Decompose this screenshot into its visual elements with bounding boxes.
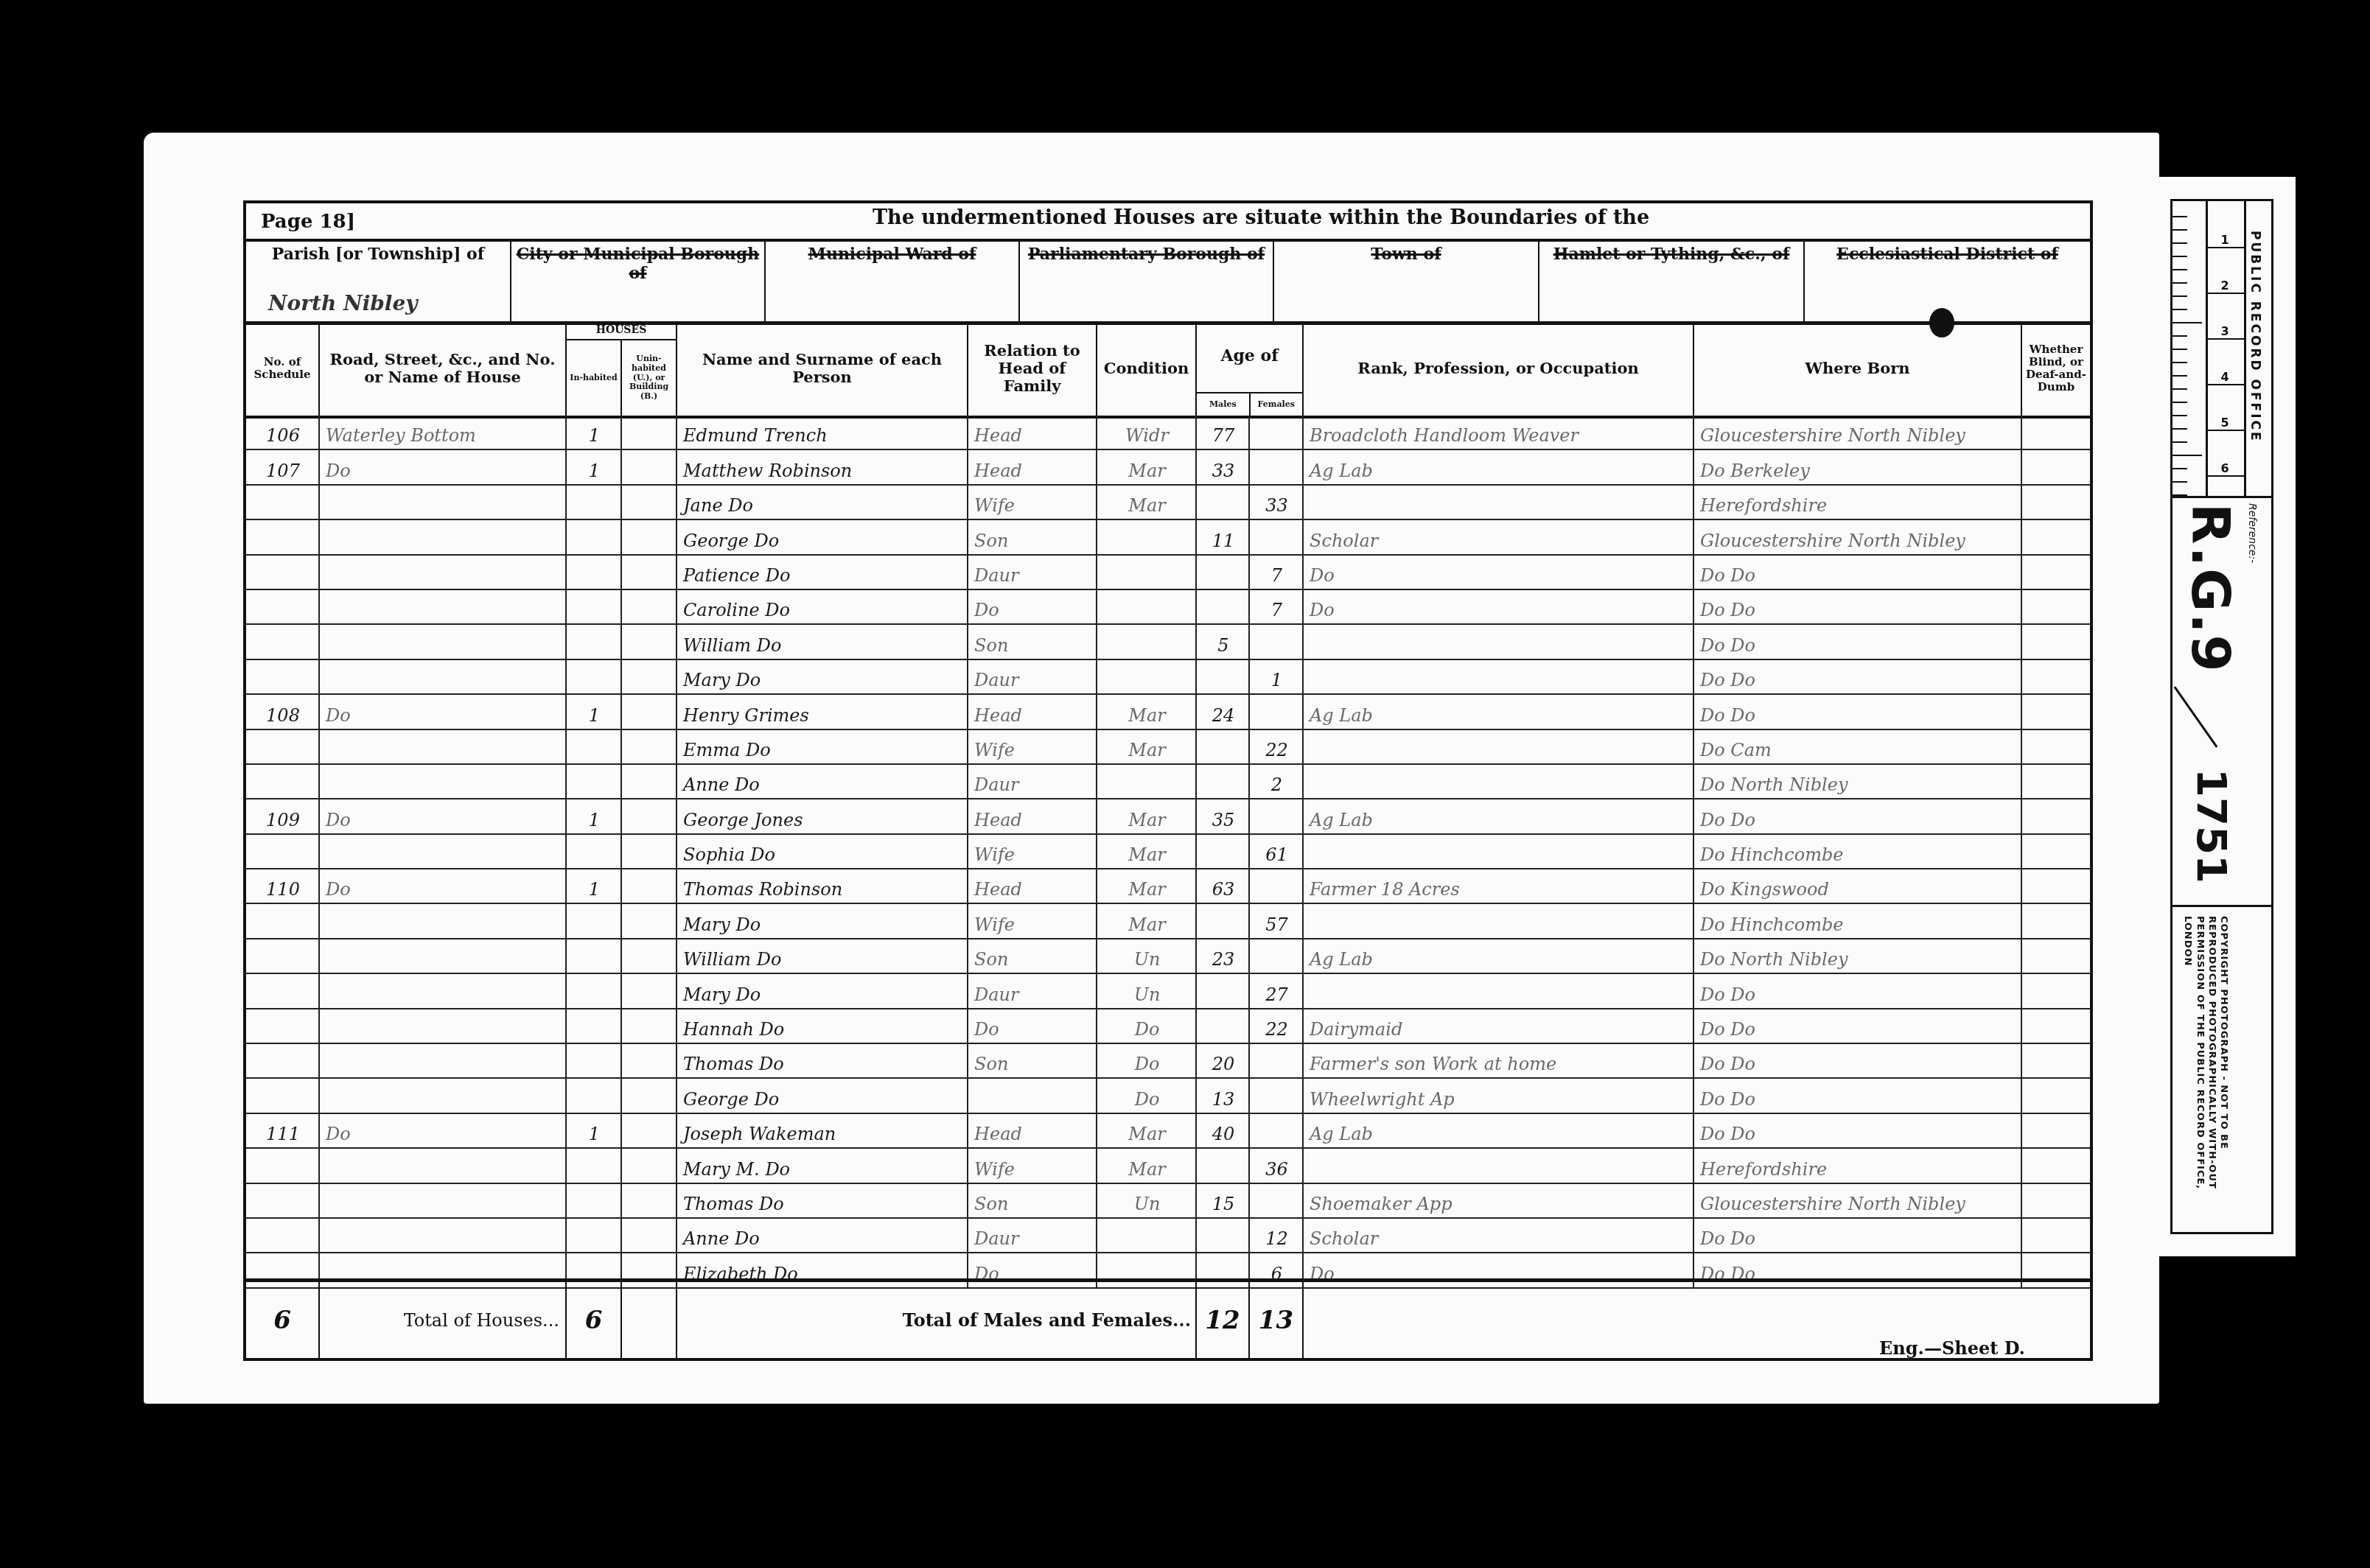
- where-born-cell: Gloucestershire North Nibley: [1694, 520, 2022, 553]
- header-condition: Condition: [1097, 321, 1197, 416]
- total-persons-label-text: Total of Males and Females...: [903, 1309, 1191, 1331]
- ruler: 123456 PUBLIC RECORD OFFICE: [2172, 201, 2271, 498]
- inhabited-cell: 1: [567, 869, 622, 903]
- header-males: Males: [1197, 393, 1251, 416]
- where-born-cell: Do Cam: [1694, 730, 2022, 763]
- occupation-cell: Farmer's son Work at home: [1304, 1044, 1694, 1077]
- road-cell: [320, 835, 567, 868]
- column-headers: No. of Schedule Road, Street, &c., and N…: [246, 321, 2090, 419]
- inhabited-cell: [567, 660, 622, 693]
- relation-cell: Daur: [968, 1219, 1097, 1252]
- municipal-borough-cell: City or Municipal Borough of: [511, 239, 766, 321]
- inhabited-cell: [567, 1219, 622, 1252]
- road-cell: [320, 765, 567, 798]
- blind-deaf-cell: [2022, 799, 2090, 833]
- male-age-cell: [1197, 556, 1250, 589]
- page-number: Page 18]: [261, 211, 355, 233]
- condition-cell: Mar: [1097, 450, 1197, 483]
- copyright-notice: COPYRIGHT PHOTOGRAPH - NOT TO BE REPRODU…: [2181, 916, 2229, 1232]
- occupation-cell: [1304, 904, 1694, 937]
- road-cell: [320, 660, 567, 693]
- table-row: George DoSon11ScholarGloucestershire Nor…: [246, 520, 2090, 555]
- condition-cell: Mar: [1097, 486, 1197, 519]
- road-cell: [320, 939, 567, 973]
- female-age-cell: [1250, 869, 1304, 903]
- occupation-cell: Dairymaid: [1304, 1009, 1694, 1043]
- uninhabited-cell: [622, 904, 677, 937]
- relation-cell: Head: [968, 1114, 1097, 1147]
- ruler-tick: [2172, 269, 2187, 270]
- table-row: Anne DoDaur2Do North Nibley: [246, 765, 2090, 799]
- male-age-cell: 63: [1197, 869, 1250, 903]
- relation-cell: Son: [968, 1184, 1097, 1217]
- table-row: 106Waterley Bottom1Edmund TrenchHeadWidr…: [246, 416, 2090, 450]
- where-born-cell: Do Do: [1694, 799, 2022, 833]
- male-age-cell: 20: [1197, 1044, 1250, 1077]
- table-row: William DoSonUn23Ag LabDo North Nibley: [246, 939, 2090, 974]
- male-age-cell: [1197, 1009, 1250, 1043]
- male-age-cell: [1197, 590, 1250, 623]
- name-cell: Anne Do: [677, 1219, 968, 1252]
- female-age-cell: [1250, 416, 1304, 449]
- reference-series: R.G.9: [2180, 503, 2242, 673]
- where-born-cell: Herefordshire: [1694, 486, 2022, 519]
- occupation-cell: Broadcloth Handloom Weaver: [1304, 416, 1694, 449]
- occupation-cell: Shoemaker App: [1304, 1184, 1694, 1217]
- reference-piece: 1751: [2187, 769, 2235, 883]
- uninhabited-cell: [622, 556, 677, 589]
- ruler-tick: [2172, 388, 2187, 390]
- male-age-cell: 33: [1197, 450, 1250, 483]
- male-age-cell: 5: [1197, 625, 1250, 658]
- municipal-borough-label: City or Municipal Borough of: [517, 245, 759, 283]
- ruler-tick: [2172, 229, 2187, 231]
- uninhabited-cell: [622, 939, 677, 973]
- ruler-tick: [2172, 295, 2187, 297]
- occupation-cell: Ag Lab: [1304, 450, 1694, 483]
- header-uninhabited: Unin-habited (U.), or Building (B.): [622, 340, 676, 416]
- schedule-cell: [246, 835, 320, 868]
- uninhabited-cell: [622, 1149, 677, 1182]
- occupation-cell: Ag Lab: [1304, 1114, 1694, 1147]
- ink-blot: [1929, 308, 1954, 337]
- ruler-tick: [2172, 242, 2187, 244]
- condition-cell: [1097, 556, 1197, 589]
- blind-deaf-cell: [2022, 1184, 2090, 1217]
- name-cell: Patience Do: [677, 556, 968, 589]
- uninhabited-cell: [622, 450, 677, 483]
- condition-cell: Un: [1097, 1184, 1197, 1217]
- female-age-cell: [1250, 625, 1304, 658]
- ruler-scale: 123456: [2206, 201, 2246, 496]
- where-born-cell: Do Do: [1694, 695, 2022, 728]
- schedule-cell: 108: [246, 695, 320, 728]
- ecclesiastical-district-label: Ecclesiastical District of: [1836, 245, 2058, 264]
- road-cell: Do: [320, 1114, 567, 1147]
- inhabited-cell: [567, 835, 622, 868]
- female-age-cell: [1250, 799, 1304, 833]
- uninhabited-cell: [622, 416, 677, 449]
- reference-slash: [2174, 686, 2218, 748]
- total-houses-label-text: Total of Houses...: [404, 1310, 559, 1331]
- female-age-cell: [1250, 520, 1304, 553]
- uninhabited-cell: [622, 835, 677, 868]
- ruler-number: 2: [2206, 247, 2244, 294]
- uninhabited-cell: [622, 869, 677, 903]
- parliamentary-borough-cell: Parliamentary Borough of: [1020, 239, 1274, 321]
- name-cell: Edmund Trench: [677, 416, 968, 449]
- where-born-cell: Do North Nibley: [1694, 765, 2022, 798]
- female-age-cell: 36: [1250, 1149, 1304, 1182]
- blind-deaf-cell: [2022, 869, 2090, 903]
- blind-deaf-cell: [2022, 556, 2090, 589]
- age-of-label: Age of: [1220, 321, 1278, 392]
- schedule-cell: [246, 974, 320, 1007]
- schedule-cell: [246, 939, 320, 973]
- ruler-tick: [2172, 322, 2202, 323]
- total-schedules-value: 6: [273, 1306, 291, 1335]
- male-age-cell: [1197, 765, 1250, 798]
- uninhabited-cell: [622, 590, 677, 623]
- female-age-cell: 2: [1250, 765, 1304, 798]
- condition-cell: Do: [1097, 1079, 1197, 1112]
- ruler-tick: [2172, 402, 2187, 403]
- ruler-tick: [2172, 349, 2187, 350]
- blind-deaf-cell: [2022, 1114, 2090, 1147]
- occupation-cell: Wheelwright Ap: [1304, 1079, 1694, 1112]
- ruler-tick: [2172, 335, 2187, 337]
- reference-label: Reference:-: [2246, 503, 2258, 563]
- ruler-tick: [2172, 455, 2202, 456]
- schedule-cell: [246, 625, 320, 658]
- schedule-cell: [246, 520, 320, 553]
- occupation-cell: Ag Lab: [1304, 695, 1694, 728]
- occupation-cell: [1304, 835, 1694, 868]
- where-born-cell: Do Do: [1694, 1044, 2022, 1077]
- table-row: 109Do1George JonesHeadMar35Ag LabDo Do: [246, 799, 2090, 834]
- uninhabited-cell: [622, 765, 677, 798]
- relation-cell: Head: [968, 695, 1097, 728]
- table-row: 110Do1Thomas RobinsonHeadMar63Farmer 18 …: [246, 869, 2090, 904]
- road-cell: [320, 486, 567, 519]
- condition-cell: [1097, 590, 1197, 623]
- road-cell: [320, 974, 567, 1007]
- condition-cell: [1097, 1219, 1197, 1252]
- condition-cell: Mar: [1097, 869, 1197, 903]
- name-cell: William Do: [677, 939, 968, 973]
- road-cell: [320, 590, 567, 623]
- uninhabited-cell: [622, 730, 677, 763]
- road-cell: [320, 625, 567, 658]
- female-age-cell: 61: [1250, 835, 1304, 868]
- male-age-cell: [1197, 660, 1250, 693]
- schedule-cell: [246, 1219, 320, 1252]
- occupation-cell: Ag Lab: [1304, 799, 1694, 833]
- table-row: Mary DoDaurUn27Do Do: [246, 974, 2090, 1009]
- table-row: Caroline DoDo7DoDo Do: [246, 590, 2090, 625]
- schedule-cell: [246, 1009, 320, 1043]
- name-cell: Anne Do: [677, 765, 968, 798]
- ruler-tick: [2172, 375, 2187, 377]
- ruler-number: 5: [2206, 384, 2244, 431]
- blind-deaf-cell: [2022, 520, 2090, 553]
- uninhabited-cell: [622, 974, 677, 1007]
- occupation-cell: [1304, 974, 1694, 1007]
- name-cell: Hannah Do: [677, 1009, 968, 1043]
- table-row: 108Do1Henry GrimesHeadMar24Ag LabDo Do: [246, 695, 2090, 729]
- schedule-cell: [246, 1044, 320, 1077]
- inhabited-cell: [567, 486, 622, 519]
- header-relation: Relation to Head of Family: [968, 321, 1097, 416]
- blind-deaf-cell: [2022, 904, 2090, 937]
- total-schedules: 6: [246, 1282, 320, 1358]
- schedule-cell: [246, 904, 320, 937]
- schedule-cell: [246, 590, 320, 623]
- inhabited-cell: [567, 730, 622, 763]
- blind-deaf-cell: [2022, 835, 2090, 868]
- male-age-cell: [1197, 730, 1250, 763]
- occupation-cell: [1304, 660, 1694, 693]
- schedule-cell: [246, 556, 320, 589]
- ruler-number: 1: [2206, 201, 2244, 248]
- condition-cell: Un: [1097, 974, 1197, 1007]
- header-where-born: Where Born: [1694, 321, 2022, 416]
- name-cell: Mary Do: [677, 904, 968, 937]
- name-cell: Caroline Do: [677, 590, 968, 623]
- uninhabited-cell: [622, 695, 677, 728]
- blind-deaf-cell: [2022, 730, 2090, 763]
- where-born-cell: Do Do: [1694, 625, 2022, 658]
- uninhabited-cell: [622, 1044, 677, 1077]
- where-born-cell: Do North Nibley: [1694, 939, 2022, 973]
- where-born-cell: Do Hinchcombe: [1694, 904, 2022, 937]
- boundaries-row: Parish [or Township] of North Nibley Cit…: [246, 239, 2090, 325]
- occupation-cell: Ag Lab: [1304, 939, 1694, 973]
- condition-cell: Do: [1097, 1044, 1197, 1077]
- inhabited-cell: 1: [567, 799, 622, 833]
- table-row: Thomas DoSonDo20Farmer's son Work at hom…: [246, 1044, 2090, 1079]
- total-houses-label: Total of Houses...: [320, 1282, 567, 1358]
- table-row: Sophia DoWifeMar61Do Hinchcombe: [246, 835, 2090, 869]
- male-age-cell: [1197, 1149, 1250, 1182]
- occupation-cell: [1304, 625, 1694, 658]
- inhabited-cell: 1: [567, 1114, 622, 1147]
- schedule-cell: 106: [246, 416, 320, 449]
- road-cell: [320, 1219, 567, 1252]
- total-houses-inhabited: 6: [567, 1282, 622, 1358]
- road-cell: [320, 904, 567, 937]
- table-row: Mary DoDaur1Do Do: [246, 660, 2090, 695]
- male-age-cell: [1197, 835, 1250, 868]
- female-age-cell: 27: [1250, 974, 1304, 1007]
- blind-deaf-cell: [2022, 1044, 2090, 1077]
- uninhabited-cell: [622, 799, 677, 833]
- male-age-cell: [1197, 1219, 1250, 1252]
- female-age-cell: [1250, 1184, 1304, 1217]
- schedule-cell: [246, 486, 320, 519]
- inhabited-cell: [567, 939, 622, 973]
- female-age-cell: 7: [1250, 590, 1304, 623]
- schedule-cell: [246, 1079, 320, 1112]
- where-born-cell: Do Do: [1694, 590, 2022, 623]
- parliamentary-borough-label: Parliamentary Borough of: [1028, 245, 1265, 264]
- table-row: William DoSon5Do Do: [246, 625, 2090, 659]
- female-age-cell: 1: [1250, 660, 1304, 693]
- name-cell: George Do: [677, 1079, 968, 1112]
- relation-cell: Son: [968, 520, 1097, 553]
- road-cell: [320, 556, 567, 589]
- road-cell: Do: [320, 695, 567, 728]
- condition-cell: Mar: [1097, 695, 1197, 728]
- reference-strip: 123456 PUBLIC RECORD OFFICE Reference:- …: [2148, 177, 2296, 1256]
- blind-deaf-cell: [2022, 486, 2090, 519]
- relation-cell: Daur: [968, 765, 1097, 798]
- occupation-cell: Do: [1304, 590, 1694, 623]
- condition-cell: Do: [1097, 1009, 1197, 1043]
- relation-cell: Head: [968, 450, 1097, 483]
- occupation-cell: [1304, 730, 1694, 763]
- totals-row: 6 Total of Houses... 6 Total of Males an…: [246, 1278, 2090, 1358]
- name-cell: William Do: [677, 625, 968, 658]
- inhabited-cell: [567, 765, 622, 798]
- occupation-cell: Scholar: [1304, 520, 1694, 553]
- road-cell: Do: [320, 869, 567, 903]
- schedule-cell: [246, 1184, 320, 1217]
- table-row: 111Do1Joseph WakemanHeadMar40Ag LabDo Do: [246, 1114, 2090, 1149]
- parish-cell: Parish [or Township] of North Nibley: [246, 239, 511, 321]
- condition-cell: [1097, 520, 1197, 553]
- inhabited-cell: [567, 590, 622, 623]
- blind-deaf-cell: [2022, 416, 2090, 449]
- inhabited-cell: [567, 625, 622, 658]
- header-schedule: No. of Schedule: [246, 321, 320, 416]
- relation-cell: Do: [968, 1009, 1097, 1043]
- blind-deaf-cell: [2022, 625, 2090, 658]
- table-row: Hannah DoDoDo22DairymaidDo Do: [246, 1009, 2090, 1044]
- header-inhabited: In-habited: [567, 340, 622, 416]
- where-born-cell: Do Berkeley: [1694, 450, 2022, 483]
- occupation-cell: [1304, 486, 1694, 519]
- ruler-tick: [2172, 468, 2187, 469]
- name-cell: Mary Do: [677, 974, 968, 1007]
- ruler-tick: [2172, 216, 2187, 217]
- where-born-cell: Do Kingswood: [1694, 869, 2022, 903]
- blind-deaf-cell: [2022, 765, 2090, 798]
- condition-cell: Mar: [1097, 799, 1197, 833]
- schedule-cell: 109: [246, 799, 320, 833]
- condition-cell: [1097, 765, 1197, 798]
- occupation-cell: Do: [1304, 556, 1694, 589]
- road-cell: [320, 1184, 567, 1217]
- ruler-number: 4: [2206, 338, 2244, 385]
- name-cell: Joseph Wakeman: [677, 1114, 968, 1147]
- table-row: 107Do1Matthew RobinsonHeadMar33Ag LabDo …: [246, 450, 2090, 485]
- table-row: Jane DoWifeMar33Herefordshire: [246, 486, 2090, 520]
- table-row: Anne DoDaur12ScholarDo Do: [246, 1219, 2090, 1253]
- header-name: Name and Surname of each Person: [677, 321, 968, 416]
- uninhabited-cell: [622, 1009, 677, 1043]
- condition-cell: Mar: [1097, 1114, 1197, 1147]
- male-age-cell: 35: [1197, 799, 1250, 833]
- name-cell: Emma Do: [677, 730, 968, 763]
- road-cell: [320, 1149, 567, 1182]
- inhabited-cell: 1: [567, 416, 622, 449]
- relation-cell: [968, 1079, 1097, 1112]
- where-born-cell: Do Do: [1694, 1079, 2022, 1112]
- male-age-cell: 15: [1197, 1184, 1250, 1217]
- road-cell: Do: [320, 450, 567, 483]
- road-cell: [320, 1044, 567, 1077]
- parish-value: North Nibley: [268, 291, 418, 315]
- blind-deaf-cell: [2022, 450, 2090, 483]
- parish-label: Parish [or Township] of: [272, 245, 484, 264]
- female-age-cell: [1250, 1044, 1304, 1077]
- inhabited-cell: [567, 974, 622, 1007]
- reference-strip-frame: 123456 PUBLIC RECORD OFFICE Reference:- …: [2170, 199, 2273, 1234]
- occupation-cell: Farmer 18 Acres: [1304, 869, 1694, 903]
- name-cell: Mary M. Do: [677, 1149, 968, 1182]
- ruler-tick: [2172, 481, 2187, 483]
- male-age-cell: 24: [1197, 695, 1250, 728]
- name-cell: George Jones: [677, 799, 968, 833]
- table-row: Mary DoWifeMar57Do Hinchcombe: [246, 904, 2090, 939]
- female-age-cell: 12: [1250, 1219, 1304, 1252]
- uninhabited-cell: [622, 520, 677, 553]
- uninhabited-cell: [622, 1079, 677, 1112]
- occupation-cell: Scholar: [1304, 1219, 1694, 1252]
- where-born-cell: Do Do: [1694, 556, 2022, 589]
- uninhabited-cell: [622, 1184, 677, 1217]
- total-houses-uninhabited: [622, 1282, 677, 1358]
- municipal-ward-cell: Municipal Ward of: [766, 239, 1020, 321]
- blind-deaf-cell: [2022, 1009, 2090, 1043]
- female-age-cell: 57: [1250, 904, 1304, 937]
- inhabited-cell: [567, 1009, 622, 1043]
- inhabited-cell: [567, 556, 622, 589]
- schedule-cell: 110: [246, 869, 320, 903]
- sheet-mark: Eng.—Sheet D.: [1879, 1337, 2025, 1359]
- table-row: George DoDo13Wheelwright ApDo Do: [246, 1079, 2090, 1113]
- blind-deaf-cell: [2022, 939, 2090, 973]
- female-age-cell: [1250, 1114, 1304, 1147]
- female-age-cell: 7: [1250, 556, 1304, 589]
- table-row: Mary M. DoWifeMar36Herefordshire: [246, 1149, 2090, 1183]
- condition-cell: Mar: [1097, 835, 1197, 868]
- where-born-cell: Herefordshire: [1694, 1149, 2022, 1182]
- relation-cell: Wife: [968, 486, 1097, 519]
- road-cell: Waterley Bottom: [320, 416, 567, 449]
- relation-cell: Do: [968, 590, 1097, 623]
- inhabited-cell: [567, 1149, 622, 1182]
- uninhabited-cell: [622, 625, 677, 658]
- total-persons-label: Total of Males and Females...: [677, 1282, 1197, 1358]
- header-occupation: Rank, Profession, or Occupation: [1304, 321, 1694, 416]
- header-females: Females: [1251, 393, 1303, 416]
- relation-cell: Daur: [968, 556, 1097, 589]
- uninhabited-cell: [622, 486, 677, 519]
- name-cell: Jane Do: [677, 486, 968, 519]
- name-cell: Henry Grimes: [677, 695, 968, 728]
- table-row: Emma DoWifeMar22Do Cam: [246, 730, 2090, 765]
- road-cell: Do: [320, 799, 567, 833]
- female-age-cell: [1250, 450, 1304, 483]
- inhabited-cell: 1: [567, 450, 622, 483]
- uninhabited-cell: [622, 1219, 677, 1252]
- blind-deaf-cell: [2022, 1079, 2090, 1112]
- male-age-cell: [1197, 904, 1250, 937]
- relation-cell: Wife: [968, 904, 1097, 937]
- condition-cell: Mar: [1097, 1149, 1197, 1182]
